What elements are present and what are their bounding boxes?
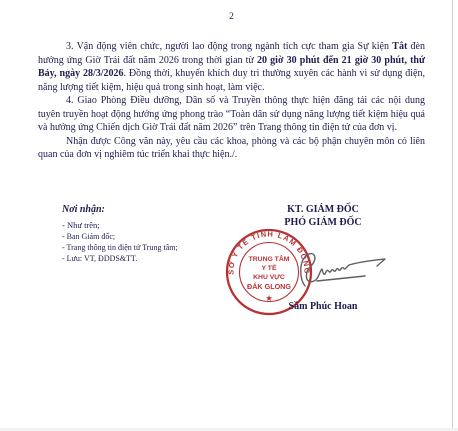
signature-underline [317,276,365,281]
paragraph-4: 4. Giao Phòng Điều dưỡng, Dân số và Truy… [38,94,425,135]
document-page: 2 3. Vận động viên chức, người lao động … [0,0,458,431]
signer-title-line1: KT. GIÁM ĐỐC [233,203,413,216]
recipient-item: - Ban Giám đốc; [62,231,178,242]
signer-title: KT. GIÁM ĐỐC PHÓ GIÁM ĐỐC [233,203,413,229]
document-body: 3. Vận động viên chức, người lao động tr… [38,40,425,162]
recipient-item: - Trang thông tin điện tử Trung tâm; [62,242,178,253]
handwritten-signature [289,241,389,293]
recipient-item: - Như trên; [62,220,178,231]
signer-name: Sầm Phúc Hoan [233,301,413,312]
paragraph-3-text: 3. Vận động viên chức, người lao động tr… [66,41,392,52]
stamp-center-line3: KHU VỰC [253,274,285,281]
recipient-item: - Lưu: VT, ĐDDS&TT. [62,253,178,264]
paragraph-3-bold-event: Tắt [392,41,407,52]
page-number: 2 [38,12,425,22]
signature-scribble [301,254,385,286]
stamp-center-line2: Y TẾ [262,262,277,272]
stamp-center-line1: TRUNG TÂM [249,254,290,263]
recipients-list: - Như trên; - Ban Giám đốc; - Trang thôn… [62,220,178,264]
stamp-center-line4: ĐẮK GLONG [247,282,291,291]
recipients-block: Nơi nhận: - Như trên; - Ban Giám đốc; - … [62,203,178,264]
recipients-heading: Nơi nhận: [62,203,178,216]
paragraph-3: 3. Vận động viên chức, người lao động tr… [38,40,425,94]
closing-paragraph: Nhận được Công văn này, yêu cầu các khoa… [38,135,425,162]
page-edge-line [452,0,453,431]
